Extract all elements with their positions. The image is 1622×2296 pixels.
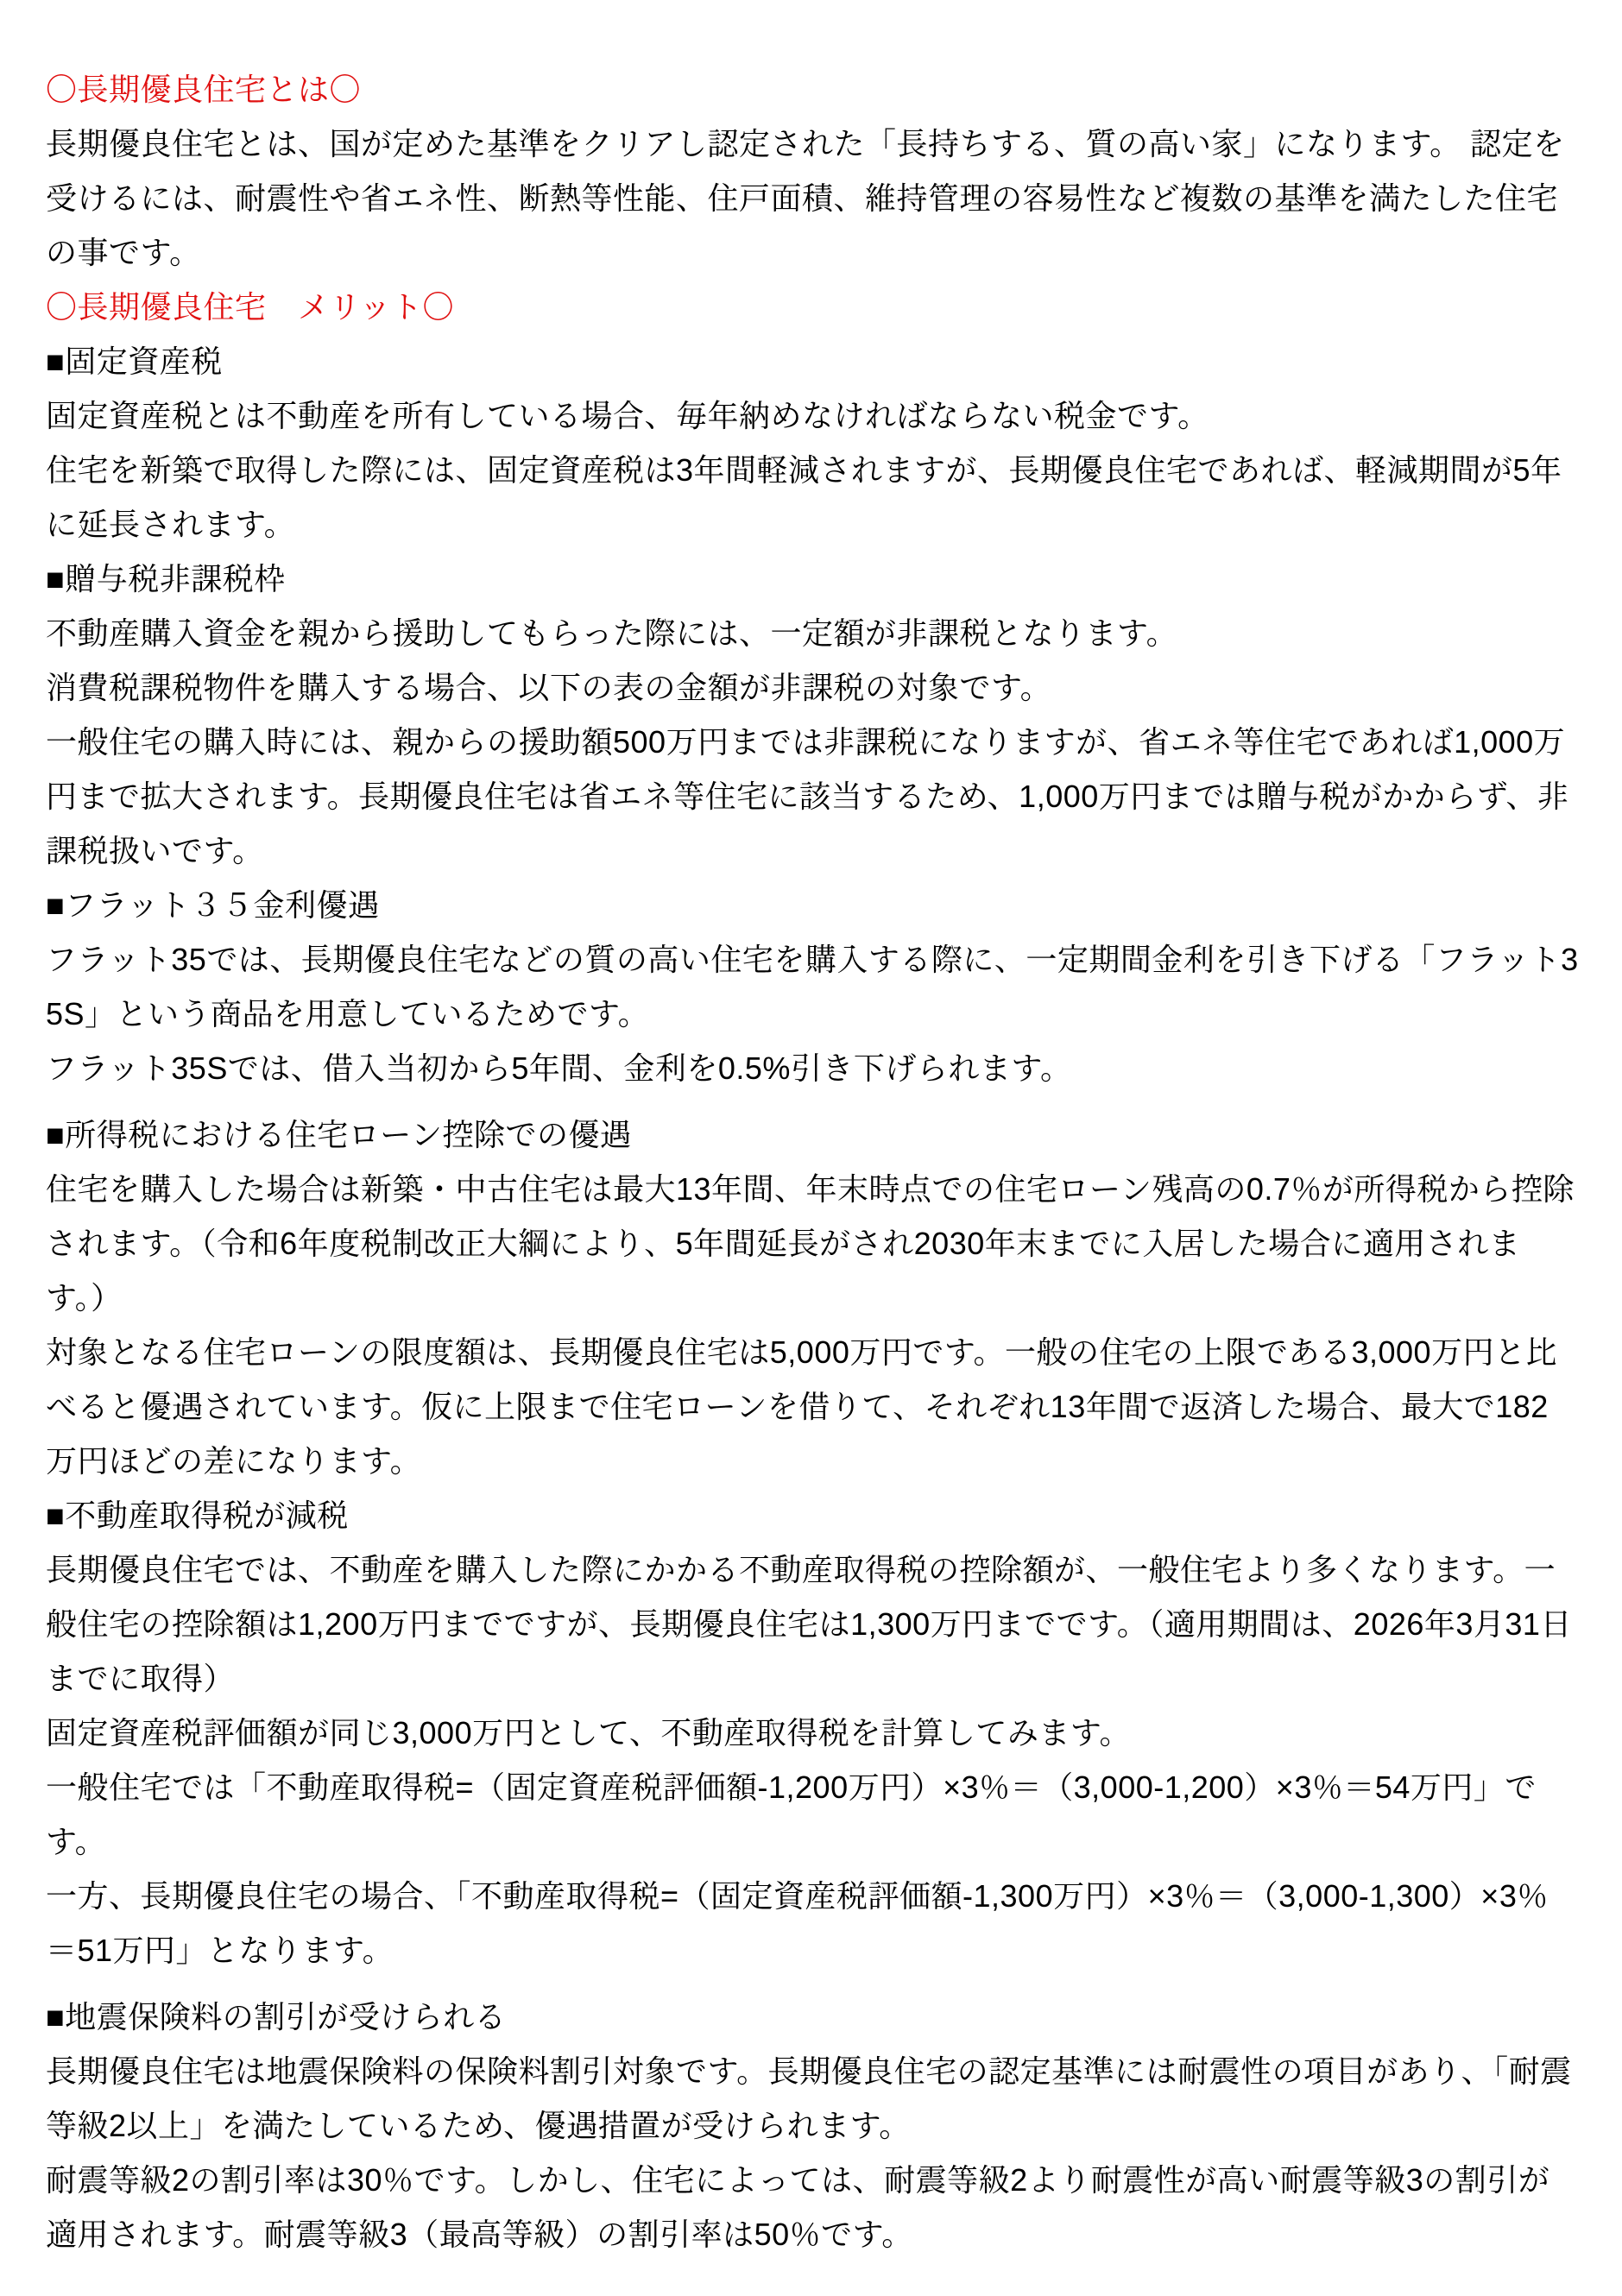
- section-paragraph: 一般住宅の購入時には、親からの援助額500万円までは非課税になりますが、省エネ等…: [46, 715, 1579, 878]
- section-income-tax-loan-deduction: ■所得税における住宅ローン控除での優遇 住宅を購入した場合は新築・中古住宅は最大…: [46, 1107, 1579, 1488]
- section-flat35-rate: ■フラット３５金利優遇 フラット35では、長期優良住宅などの質の高い住宅を購入す…: [46, 878, 1579, 1095]
- section-acquisition-tax-reduction: ■不動産取得税が減税 長期優良住宅では、不動産を購入した際にかかる不動産取得税の…: [46, 1488, 1579, 1977]
- about-paragraph: 長期優良住宅とは、国が定めた基準をクリアし認定された「長持ちする、質の高い家」に…: [46, 117, 1579, 280]
- merit-heading: 〇長期優良住宅 メリット〇: [46, 280, 1579, 334]
- section-heading: ■フラット３５金利優遇: [46, 878, 1579, 932]
- section-heading: ■所得税における住宅ローン控除での優遇: [46, 1107, 1579, 1162]
- section-heading: ■不動産取得税が減税: [46, 1488, 1579, 1542]
- section-paragraph: 住宅を新築で取得した際には、固定資産税は3年間軽減されますが、長期優良住宅であれ…: [46, 443, 1579, 552]
- section-fixed-asset-tax: ■固定資産税 固定資産税とは不動産を所有している場合、毎年納めなければならない税…: [46, 334, 1579, 552]
- section-paragraph: 対象となる住宅ローンの限度額は、長期優良住宅は5,000万円です。一般の住宅の上…: [46, 1325, 1579, 1488]
- section-paragraph: 固定資産税とは不動産を所有している場合、毎年納めなければならない税金です。: [46, 388, 1579, 443]
- section-paragraph: 固定資産税評価額が同じ3,000万円として、不動産取得税を計算してみます。: [46, 1706, 1579, 1760]
- section-paragraph: フラット35では、長期優良住宅などの質の高い住宅を購入する際に、一定期間金利を引…: [46, 932, 1579, 1041]
- section-paragraph: 一般住宅では「不動産取得税=（固定資産税評価額-1,200万円）×3％＝（3,0…: [46, 1760, 1579, 1869]
- section-paragraph: 一方、長期優良住宅の場合、「不動産取得税=（固定資産税評価額-1,300万円）×…: [46, 1869, 1579, 1977]
- section-paragraph: 住宅を購入した場合は新築・中古住宅は最大13年間、年末時点での住宅ローン残高の0…: [46, 1162, 1579, 1325]
- section-paragraph: 長期優良住宅では、不動産を購入した際にかかる不動産取得税の控除額が、一般住宅より…: [46, 1542, 1579, 1706]
- about-heading: 〇長期優良住宅とは〇: [46, 62, 1579, 117]
- section-heading: ■地震保険料の割引が受けられる: [46, 1990, 1579, 2044]
- section-paragraph: 長期優良住宅は地震保険料の保険料割引対象です。長期優良住宅の認定基準には耐震性の…: [46, 2044, 1579, 2153]
- section-paragraph: 不動産購入資金を親から援助してもらった際には、一定額が非課税となります。: [46, 606, 1579, 660]
- section-paragraph: 消費税課税物件を購入する場合、以下の表の金額が非課税の対象です。: [46, 660, 1579, 715]
- section-heading: ■固定資産税: [46, 334, 1579, 388]
- section-paragraph: 耐震等級2の割引率は30％です。しかし、住宅によっては、耐震等級2より耐震性が高…: [46, 2153, 1579, 2261]
- section-earthquake-insurance-discount: ■地震保険料の割引が受けられる 長期優良住宅は地震保険料の保険料割引対象です。長…: [46, 1990, 1579, 2261]
- section-heading: ■贈与税非課税枠: [46, 552, 1579, 606]
- section-paragraph: フラット35Sでは、借入当初から5年間、金利を0.5%引き下げられます。: [46, 1041, 1579, 1095]
- section-gift-tax-exemption: ■贈与税非課税枠 不動産購入資金を親から援助してもらった際には、一定額が非課税と…: [46, 552, 1579, 878]
- document-page: 〇長期優良住宅とは〇 長期優良住宅とは、国が定めた基準をクリアし認定された「長持…: [0, 0, 1622, 2296]
